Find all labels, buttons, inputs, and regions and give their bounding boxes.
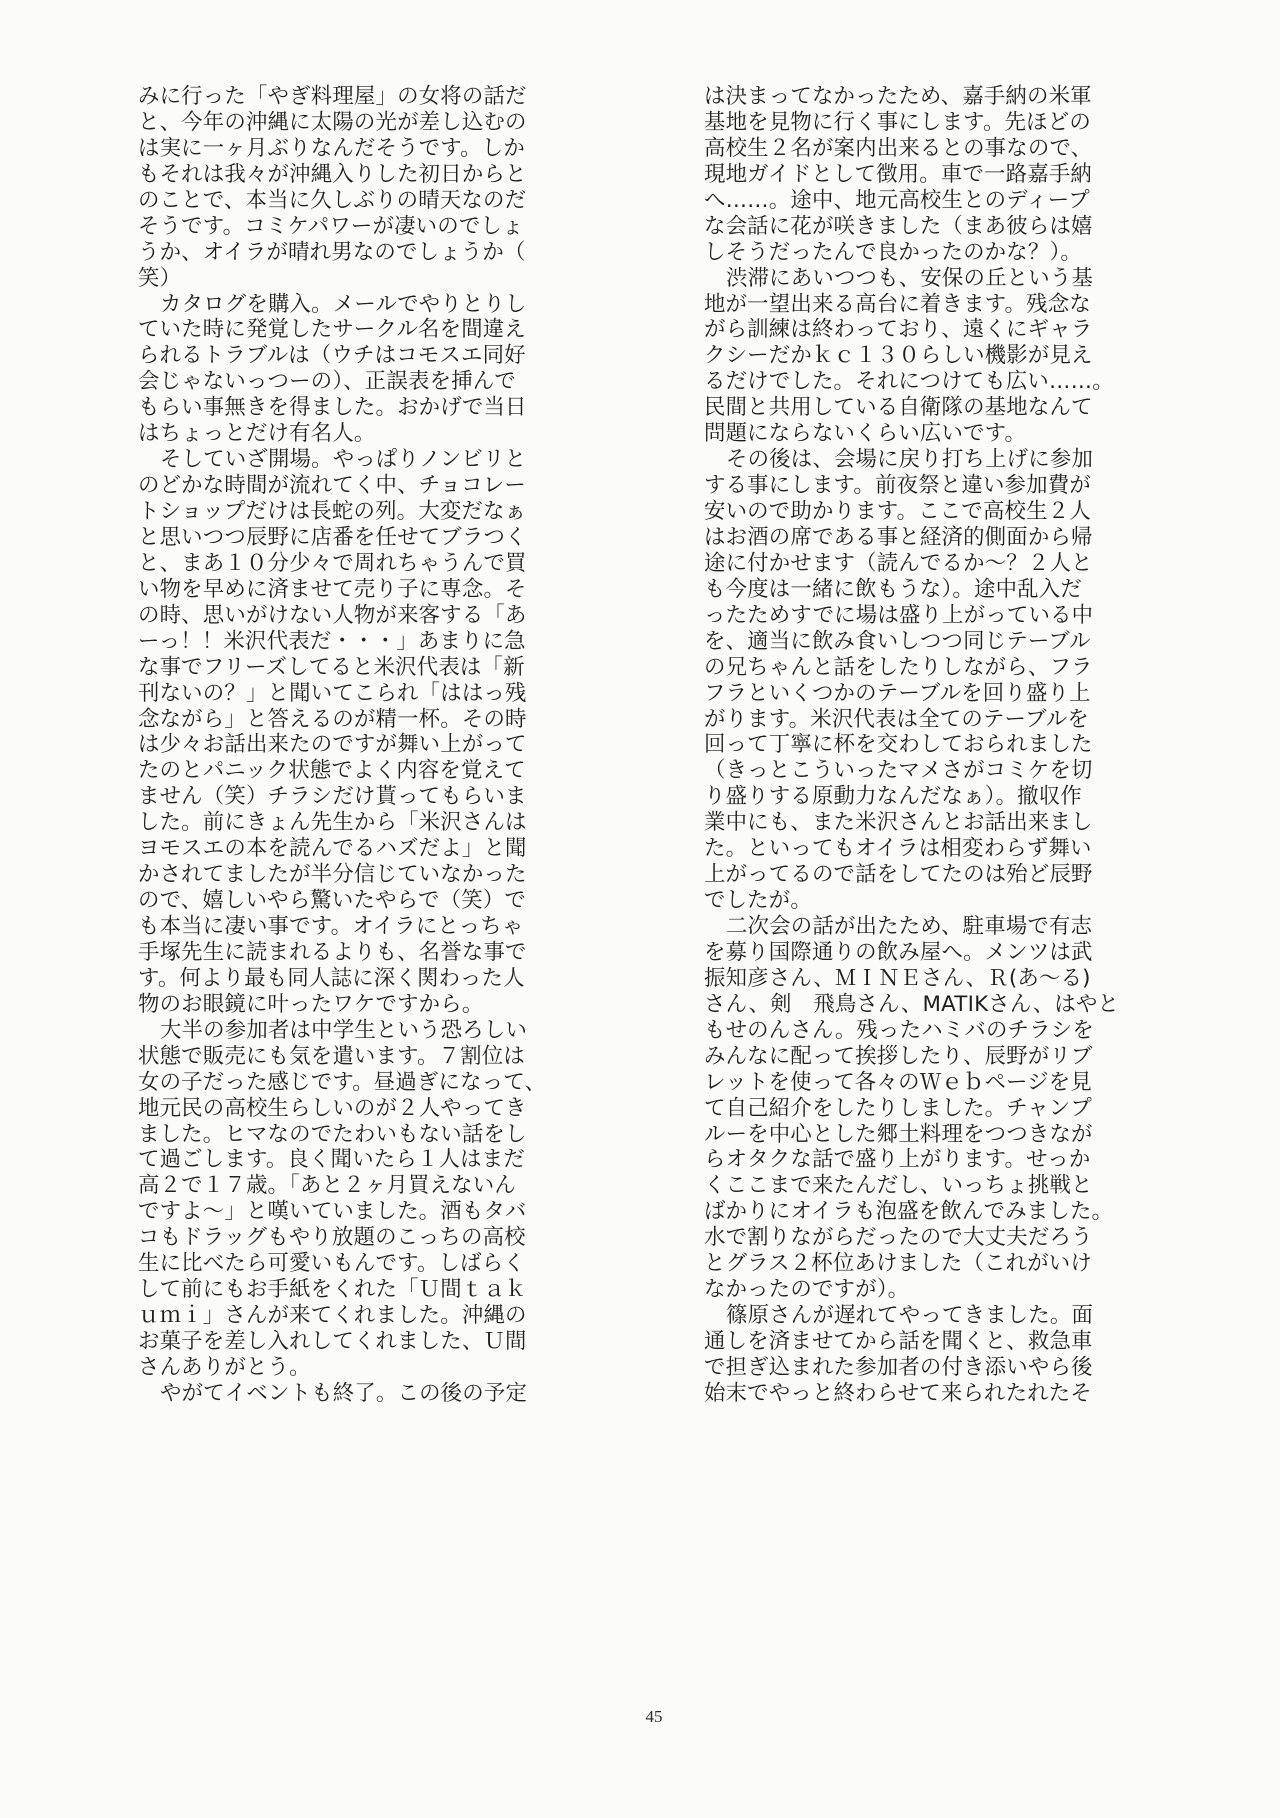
text-line: とグラス２杯位あけました（これがいけ [704,1251,1160,1277]
right-text-column: は決まってなかったため、嘉手納の米軍基地を見物に行く事にします。先ほどの高校生２… [704,84,1160,1407]
text-line: 途に付かせます（読んでるか～？２人と [704,551,1160,577]
text-line: 高２で１７歳。「あと２ヶ月買えないん [138,1173,594,1199]
text-line: 上がってるので話をしてたのは殆ど辰野 [704,862,1160,888]
text-line: みに行った「やぎ料理屋」の女将の話だ [138,84,594,110]
text-line: 篠原さんが遅れてやってきました。面 [704,1303,1160,1329]
text-line: がら訓練は終わっており、遠くにギャラ [704,317,1160,343]
text-line: と、まあ１０分少々で周れちゃうんで買 [138,551,594,577]
text-line: と思いつつ辰野に店番を任せてブラつく [138,525,594,551]
text-line: フラといくつかのテーブルを回り盛り上 [704,681,1160,707]
text-line: 通しを済ませてから話を聞くと、救急車 [704,1329,1160,1355]
text-line: た。といってもオイラは相変わらず舞い [704,836,1160,862]
text-line: 振知彦さん、ＭＩＮＥさん、Ｒ(あ～る) [704,966,1160,992]
text-line: 地元民の高校生らしいのが２人やってき [138,1096,594,1122]
left-text-column: みに行った「やぎ料理屋」の女将の話だと、今年の沖縄に太陽の光が差し込むのは実に一… [138,84,594,1407]
text-line: い物を早めに済ませて売り子に専念。そ [138,577,594,603]
document-page: みに行った「やぎ料理屋」の女将の話だと、今年の沖縄に太陽の光が差し込むのは実に一… [0,0,1280,1818]
text-line: は実に一ヶ月ぶりなんだそうです。しか [138,136,594,162]
text-line: 笑） [138,266,594,292]
text-line: くここまで来たんだし、いっちょ挑戦と [704,1173,1160,1199]
text-line: 基地を見物に行く事にします。先ほどの [704,110,1160,136]
text-line: （きっとこういったマメさがコミケを切 [704,758,1160,784]
text-line: で担ぎ込まれた参加者の付き添いやら後 [704,1355,1160,1381]
text-line: 二次会の話が出たため、駐車場で有志 [704,914,1160,940]
text-line: もせのんさん。残ったハミバのチラシを [704,1018,1160,1044]
text-line: ので、嬉しいやら驚いたやらで（笑）で [138,888,594,914]
text-line: お菓子を差し入れしてくれました、Ｕ間 [138,1329,594,1355]
text-line: のことで、本当に久しぶりの晴天なのだ [138,188,594,214]
text-line: 手塚先生に読まれるよりも、名誉な事で [138,940,594,966]
text-line: られるトラブルは（ウチはコモスエ同好 [138,343,594,369]
text-line: 水で割りながらだったので大丈夫だろう [704,1225,1160,1251]
text-line: そしていざ開場。やっぱりノンビリと [138,447,594,473]
text-line: 地が一望出来る高台に着きます。残念な [704,292,1160,318]
text-line: 刊ないの？」と聞いてこられ「ははっ残 [138,681,594,707]
text-line: 問題にならないくらい広いです。 [704,421,1160,447]
text-line: て過ごします。良く聞いたら１人はまだ [138,1147,594,1173]
text-line: やがてイベントも終了。この後の予定 [138,1381,594,1407]
text-line: へ……。途中、地元高校生とのディープ [704,188,1160,214]
text-line: て自己紹介をしたりしました。チャンプ [704,1096,1160,1122]
text-line: トショップだけは長蛇の列。大変だなぁ [138,499,594,525]
text-line: す。何より最も同人誌に深く関わった人 [138,966,594,992]
text-line: と、今年の沖縄に太陽の光が差し込むの [138,110,594,136]
text-line: 高校生２名が案内出来るとの事なので、 [704,136,1160,162]
text-line: を募り国際通りの飲み屋へ。メンツは武 [704,940,1160,966]
text-line: もらい事無きを得ました。おかげで当日 [138,395,594,421]
text-line: カタログを購入。メールでやりとりし [138,292,594,318]
text-line: 物のお眼鏡に叶ったワケですから。 [138,992,594,1018]
text-line: 業中にも、また米沢さんとお話出来まし [704,810,1160,836]
text-line: 大半の参加者は中学生という恐ろしい [138,1018,594,1044]
text-line: なかったのですが）。 [704,1277,1160,1303]
text-line: して前にもお手紙をくれた「Ｕ間ｔａｋ [138,1277,594,1303]
text-line: 始末でやっと終わらせて来られたれたそ [704,1381,1160,1407]
text-line: かされてましたが半分信じていなかった [138,862,594,888]
text-line: はお酒の席である事と経済的側面から帰 [704,525,1160,551]
text-line: ったためすでに場は盛り上がっている中 [704,603,1160,629]
text-line: みんなに配って挨拶したり、辰野がリブ [704,1044,1160,1070]
text-line: ばかりにオイラも泡盛を飲んでみました。 [704,1199,1160,1225]
text-line: コもドラッグもやり放題のこっちの高校 [138,1225,594,1251]
text-line: ルーを中心とした郷土料理をつつきなが [704,1122,1160,1148]
text-line: クシーだかｋｃ１３０らしい機影が見え [704,343,1160,369]
text-line: うか、オイラが晴れ男なのでしょうか（ [138,240,594,266]
text-line: さんありがとう。 [138,1355,594,1381]
text-line: 安いので助かります。ここで高校生２人 [704,499,1160,525]
text-line: な会話に花が咲きました（まあ彼らは嬉 [704,214,1160,240]
text-line: のどかな時間が流れてく中、チョコレー [138,473,594,499]
text-line: する事にします。前夜祭と違い参加費が [704,473,1160,499]
text-line: 生に比べたら可愛いもんです。しばらく [138,1251,594,1277]
text-line: はちょっとだけ有名人。 [138,421,594,447]
text-line: ました。ヒマなのでたわいもない話をし [138,1122,594,1148]
text-line: さん、剣 飛鳥さん、MATIKさん、はやと [704,992,1160,1018]
text-line: ません（笑）チラシだけ貰ってもらいま [138,784,594,810]
text-line: がります。米沢代表は全てのテーブルを [704,707,1160,733]
text-line: たのとパニック状態でよく内容を覚えて [138,758,594,784]
text-line: 女の子だった感じです。昼過ぎになって、 [138,1070,594,1096]
text-line: り盛りする原動力なんだなぁ）。撤収作 [704,784,1160,810]
text-line: ーっ！！米沢代表だ・・・」あまりに急 [138,629,594,655]
text-line: レットを使って各々のＷｅｂページを見 [704,1070,1160,1096]
text-line: ｕｍｉ」さんが来てくれました。沖縄の [138,1303,594,1329]
text-line: しそうだったんで良かったのかな？）。 [704,240,1160,266]
text-line: らオタクな話で盛り上がります。せっか [704,1147,1160,1173]
text-line: でしたが。 [704,888,1160,914]
text-line: もそれは我々が沖縄入りした初日からと [138,162,594,188]
text-line: その後は、会場に戻り打ち上げに参加 [704,447,1160,473]
text-line: 渋滞にあいつつも、安保の丘という基 [704,266,1160,292]
text-line: の兄ちゃんと話をしたりしながら、フラ [704,655,1160,681]
text-line: ですよ～」と嘆いていました。酒もタバ [138,1199,594,1225]
text-line: 状態で販売にも気を遣います。７割位は [138,1044,594,1070]
text-line: そうです。コミケパワーが凄いのでしょ [138,214,594,240]
text-line: 念ながら」と答えるのが精一杯。その時 [138,707,594,733]
text-line: した。前にきょん先生から「米沢さんは [138,810,594,836]
text-line: は決まってなかったため、嘉手納の米軍 [704,84,1160,110]
text-line: 会じゃないっつーの）、正誤表を挿んで [138,369,594,395]
text-line: ていた時に発覚したサークル名を間違え [138,317,594,343]
text-line: 現地ガイドとして徴用。車で一路嘉手納 [704,162,1160,188]
text-line: ヨモスエの本を読んでるハズだよ」と聞 [138,836,594,862]
text-line: 回って丁寧に杯を交わしておられました [704,732,1160,758]
text-line: るだけでした。それにつけても広い……。 [704,369,1160,395]
text-line: は少々お話出来たのですが舞い上がって [138,732,594,758]
text-line: 民間と共用している自衛隊の基地なんて [704,395,1160,421]
text-line: の時、思いがけない人物が来客する「あ [138,603,594,629]
page-number: 45 [640,1707,668,1727]
text-line: も本当に凄い事です。オイラにとっちゃ [138,914,594,940]
text-line: を、適当に飲み食いしつつ同じテーブル [704,629,1160,655]
text-line: な事でフリーズしてると米沢代表は「新 [138,655,594,681]
text-line: も今度は一緒に飲もうな）。途中乱入だ [704,577,1160,603]
